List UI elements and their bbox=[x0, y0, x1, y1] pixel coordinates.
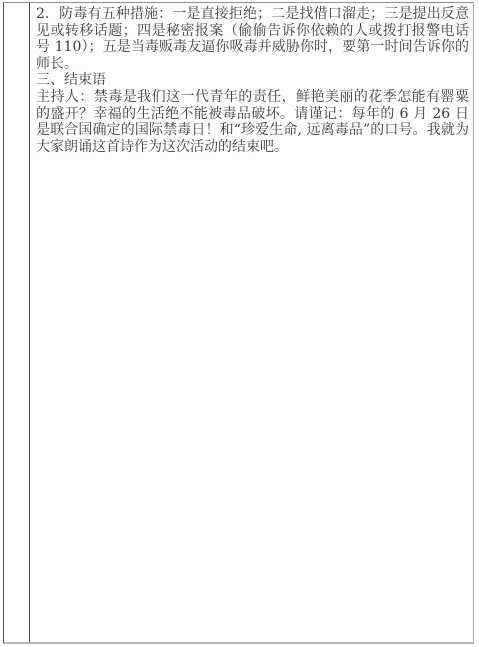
paragraph-prevention-measures: 2．防毒有五种措施：一是直接拒绝；二是找借口溜走；三是提出反意见或转移话题；四是… bbox=[36, 6, 469, 72]
table-left-column-empty bbox=[4, 3, 30, 642]
paragraph-host-closing: 主持人：禁毒是我们这一代青年的责任，鲜艳美丽的花季怎能有罂粟的盛开？幸福的生活绝… bbox=[36, 89, 469, 155]
table-main-cell: 2．防毒有五种措施：一是直接拒绝；二是找借口溜走；三是提出反意见或转移话题；四是… bbox=[30, 3, 473, 642]
content-table: 2．防毒有五种措施：一是直接拒绝；二是找借口溜走；三是提出反意见或转移话题；四是… bbox=[3, 2, 474, 644]
section-heading-closing: 三、结束语 bbox=[36, 72, 469, 89]
document-page: { "document": { "language": "zh-CN", "pa… bbox=[0, 0, 479, 647]
